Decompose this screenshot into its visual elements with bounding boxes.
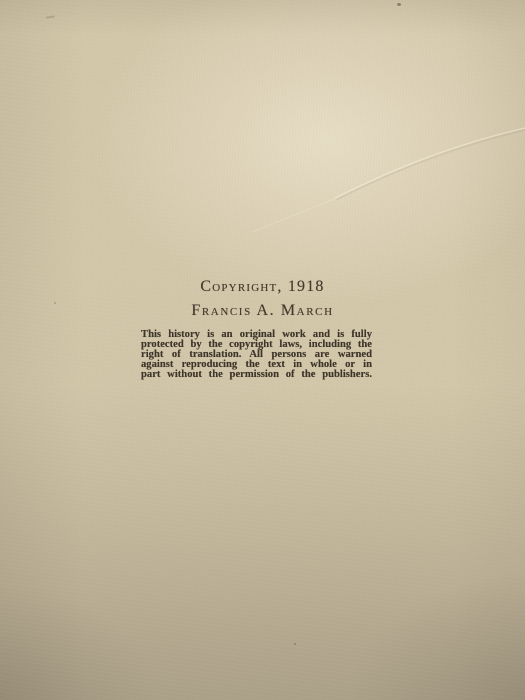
paper-scratch [46, 15, 55, 18]
paper-speck [397, 3, 401, 6]
notice-line: part without the permission of the publi… [141, 370, 372, 380]
paper-speck [294, 643, 296, 645]
book-page-photo: Copyright, 1918 Francis A. March This hi… [0, 0, 525, 700]
author-name-line: Francis A. March [0, 302, 525, 320]
copyright-notice: This history is an original work and is … [141, 330, 372, 380]
copyright-year-line: Copyright, 1918 [0, 278, 525, 296]
